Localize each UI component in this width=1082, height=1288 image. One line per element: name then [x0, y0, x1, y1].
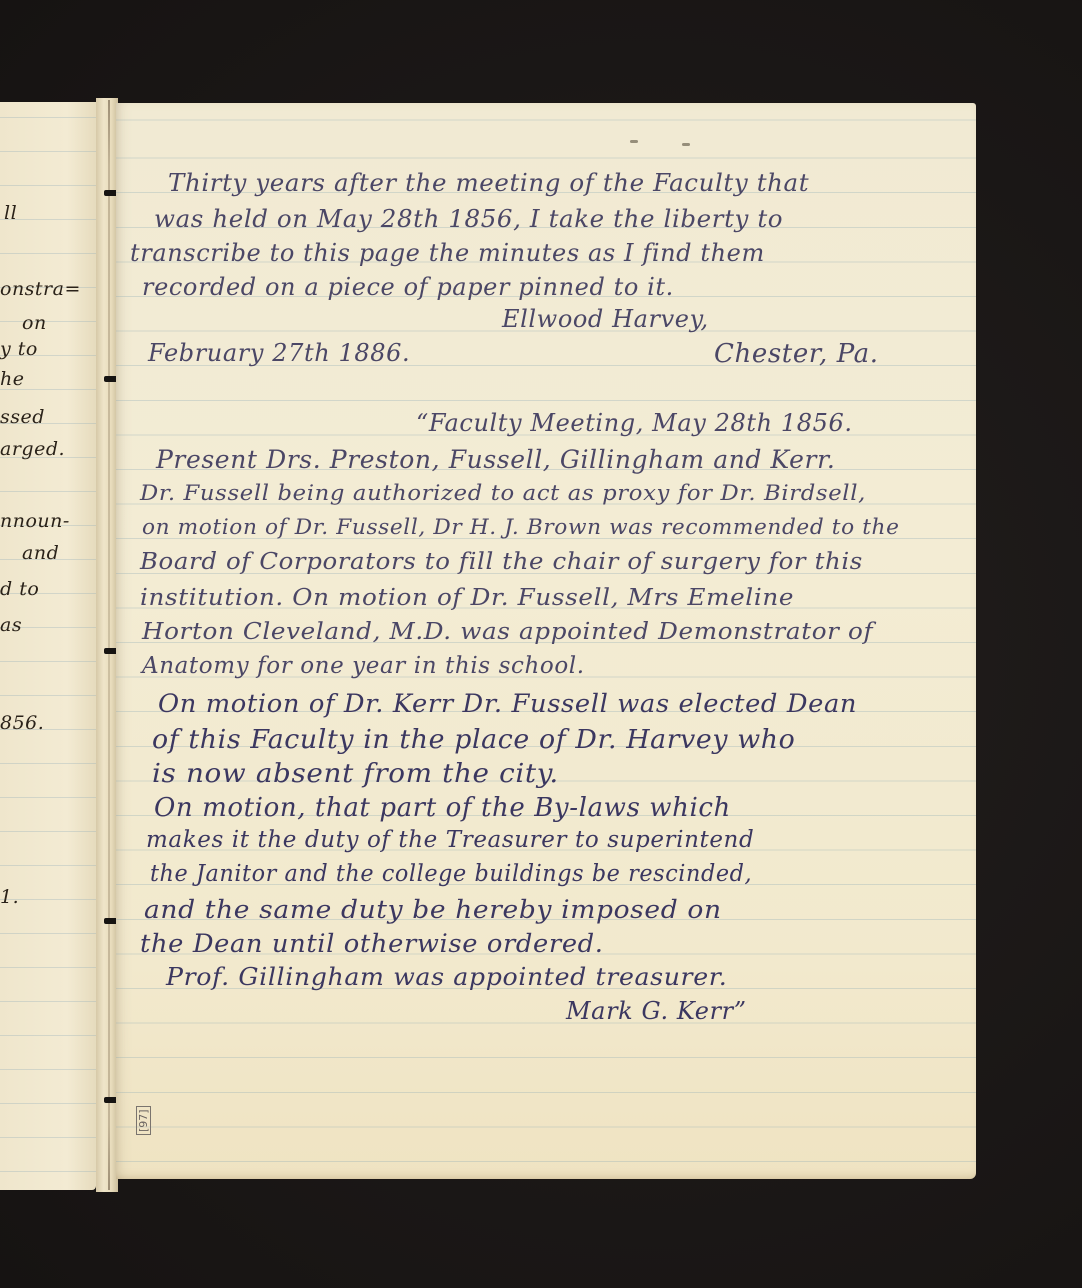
- minutes-line: Present Drs. Preston, Fussell, Gillingha…: [156, 445, 835, 474]
- right-page: Thirty years after the meeting of the Fa…: [116, 103, 976, 1179]
- minutes-line: Prof. Gillingham was appointed treasurer…: [166, 963, 727, 991]
- minutes-line: Dr. Fussell being authorized to act as p…: [140, 481, 866, 505]
- minutes-line: and the same duty be hereby imposed on: [144, 895, 722, 924]
- left-fragment: 1.: [0, 886, 19, 908]
- pin-hole-mark: [682, 143, 690, 146]
- preface-line: was held on May 28th 1856, I take the li…: [154, 205, 783, 233]
- minutes-line: makes it the duty of the Treasurer to su…: [146, 827, 754, 853]
- minutes-line: is now absent from the city.: [152, 759, 559, 789]
- left-fragment: as: [0, 614, 22, 636]
- gutter-fold: [108, 100, 110, 1190]
- left-fragment: ll: [4, 202, 17, 224]
- left-fragment: 856.: [0, 712, 44, 734]
- left-fragment: nnoun-: [0, 510, 70, 532]
- minutes-line: Horton Cleveland, M.D. was appointed Dem…: [142, 619, 873, 645]
- preface-line: transcribe to this page the minutes as I…: [130, 239, 765, 267]
- minutes-line: institution. On motion of Dr. Fussell, M…: [140, 585, 794, 611]
- ruled-lines: [0, 102, 96, 1190]
- preface-date: February 27th 1886.: [148, 339, 410, 367]
- left-page-fragment: ll onstra= on y to he ssed arged. nnoun-…: [0, 102, 96, 1190]
- minutes-line: of this Faculty in the place of Dr. Harv…: [152, 725, 795, 755]
- left-fragment: onstra=: [0, 278, 81, 300]
- minutes-heading: “Faculty Meeting, May 28th 1856.: [416, 409, 853, 437]
- left-fragment: arged.: [0, 438, 65, 460]
- minutes-line: the Dean until otherwise ordered.: [140, 929, 604, 958]
- book-gutter: [96, 98, 118, 1192]
- minutes-line: Board of Corporators to fill the chair o…: [140, 549, 863, 575]
- minutes-line: the Janitor and the college buildings be…: [150, 861, 752, 887]
- pencil-page-number: [97]: [136, 1106, 151, 1135]
- preface-line: recorded on a piece of paper pinned to i…: [142, 273, 674, 301]
- minutes-line: on motion of Dr. Fussell, Dr H. J. Brown…: [142, 515, 900, 539]
- minutes-line: Anatomy for one year in this school.: [142, 653, 585, 679]
- left-fragment: y to: [0, 338, 38, 360]
- left-fragment: on: [22, 312, 47, 334]
- preface-place: Chester, Pa.: [714, 339, 879, 369]
- minutes-line: On motion, that part of the By-laws whic…: [154, 793, 731, 823]
- left-fragment: he: [0, 368, 24, 390]
- minutes-signature: Mark G. Kerr”: [566, 997, 747, 1025]
- pin-hole-mark: [630, 140, 638, 143]
- left-fragment: ssed: [0, 406, 45, 428]
- preface-line: Thirty years after the meeting of the Fa…: [168, 169, 809, 197]
- left-fragment: d to: [0, 578, 39, 600]
- minutes-line: On motion of Dr. Kerr Dr. Fussell was el…: [158, 689, 857, 718]
- left-fragment: and: [22, 542, 59, 564]
- preface-signature: Ellwood Harvey,: [502, 305, 709, 333]
